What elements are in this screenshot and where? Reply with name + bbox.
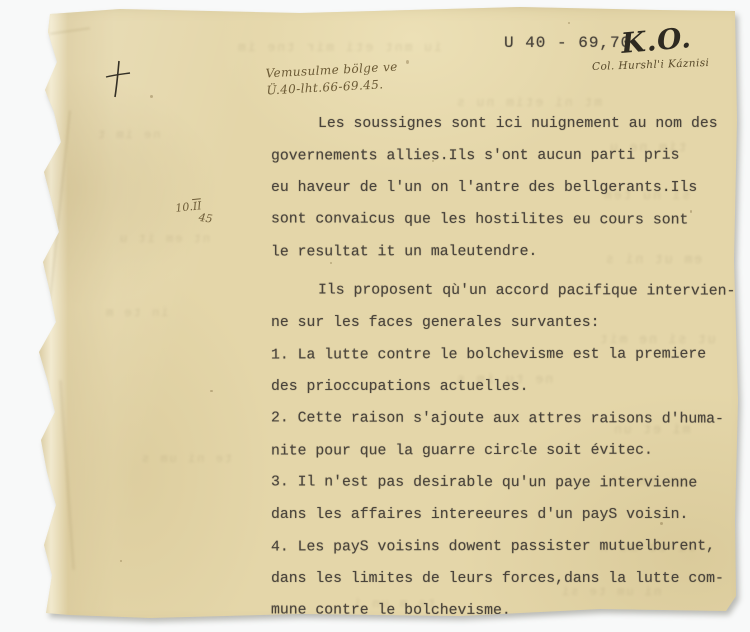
bleedthrough-text: iu mnt eti mir tne im [236, 40, 442, 55]
bleedthrough-text: ne im t [96, 128, 160, 142]
paper-speckle [568, 22, 570, 24]
handwritten-initials: K.O. [620, 21, 693, 60]
paper-shadow: iu mnt eti mir tne immt ni etim nu sne i… [0, 0, 750, 632]
typed-line: 2. Cette raison s'ajoute aux attres rais… [271, 402, 731, 435]
typed-line: nite pour que la guarre circle soit évit… [271, 435, 731, 468]
typed-line: Les soussignes sont ici nuignement au no… [271, 108, 731, 140]
typed-body: Les soussignes sont ici nuignement au no… [271, 108, 731, 627]
typed-line: des prioccupations actuelles. [271, 371, 731, 403]
typed-line: dans les limites de leurs forces,dans la… [271, 563, 731, 595]
archive-note-line2: Ü.40-lht.66-69.45. [266, 77, 384, 97]
cross-mark [103, 58, 133, 105]
typed-line: sont convaicus que les hostilites eu cou… [271, 203, 731, 236]
typed-line: eu haveur de l'un on l'antre des bellger… [271, 172, 731, 204]
typed-line: governements allies.Ils s'ont aucun part… [271, 140, 731, 173]
paper-speckle [210, 390, 213, 392]
paper-speckle [406, 60, 409, 64]
bleedthrough-text: nt em it u [118, 232, 210, 246]
file-number: U 40 - 69,70 [504, 34, 631, 52]
typed-line: ne sur les faces generales survantes: [271, 307, 731, 339]
typed-line: dans les affaires intereeures d'un payS … [271, 499, 731, 531]
paper-crease [59, 380, 74, 570]
date-day: 10. [175, 200, 194, 215]
paper-speckle [150, 95, 153, 98]
typed-line: 3. Il n'est pas desirable qu'un paye int… [271, 466, 731, 499]
bleedthrough-text: in te m [104, 306, 168, 320]
date-year: 45 [198, 211, 214, 226]
handwritten-col-note: Col. Hurshl'i Káznisi [592, 57, 710, 73]
bleedthrough-text: te ni um s [140, 452, 232, 466]
scan-background: iu mnt eti mir tne immt ni etim nu sne i… [0, 0, 750, 632]
paper-crease [50, 27, 90, 35]
typed-line: 4. Les payS voisins dowent passister mut… [271, 531, 731, 564]
paper-crease [47, 110, 71, 319]
typed-line: 1. La lutte contre le bolchevisme est la… [271, 339, 731, 372]
typed-line: mune contre le bolchevisme. [271, 594, 731, 627]
typed-line: le resultat it un maleutendre. [271, 236, 731, 269]
paper-speckle [120, 560, 122, 562]
handwritten-archive-note: Vemusulme bölge ve Ü.40-lht.66-69.45. [265, 59, 399, 100]
typed-line: Ils proposent qù'un accord pacifique int… [271, 274, 731, 307]
paper-sheet: iu mnt eti mir tne immt ni etim nu sne i… [0, 0, 750, 632]
handwritten-date-note: 10.II 45 [175, 198, 214, 228]
